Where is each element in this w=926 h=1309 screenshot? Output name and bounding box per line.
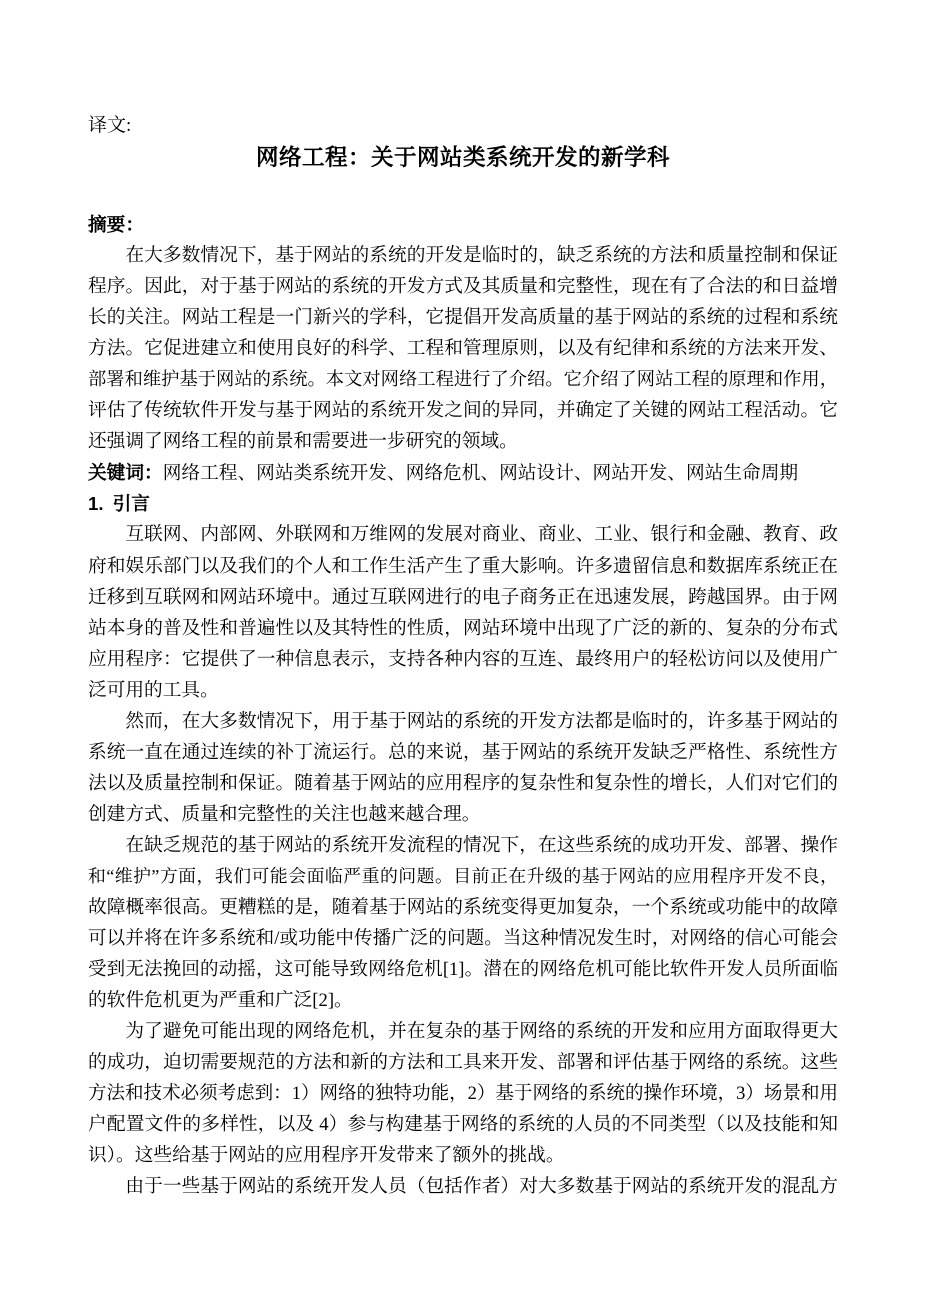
translation-label: 译文: <box>88 113 131 139</box>
body-text-line: 程序。因此，对于基于网站的系统的开发方式及其质量和完整性，现在有了合法的和日益增 <box>88 271 838 302</box>
body-text-line: 应用程序：它提供了一种信息表示，支持各种内容的互连、最终用户的轻松访问以及使用广 <box>88 644 838 675</box>
document-title: 网络工程：关于网站类系统开发的新学科 <box>0 143 926 172</box>
body-text-line: 故障概率很高。更糟糕的是，随着基于网站的系统变得更加复杂，一个系统或功能中的故障 <box>88 892 838 923</box>
numbered-section-heading: 1.引言 <box>88 488 838 519</box>
body-text-line: 创建方式、质量和完整性的关注也越来越合理。 <box>88 799 838 830</box>
document-page: 译文: 网络工程：关于网站类系统开发的新学科 摘要：在大多数情况下，基于网站的系… <box>0 0 926 1309</box>
document-body: 摘要：在大多数情况下，基于网站的系统的开发是临时的，缺乏系统的方法和质量控制和保… <box>88 209 838 1203</box>
body-text-line: 法以及质量控制和保证。随着基于网站的应用程序的复杂性和复杂性的增长，人们对它们的 <box>88 768 838 799</box>
body-text-line: 的成功，迫切需要规范的方法和新的方法和工具来开发、部署和评估基于网络的系统。这些 <box>88 1047 838 1078</box>
body-text-line: 可以并将在许多系统和/或功能中传播广泛的问题。当这种情况发生时，对网络的信心可能… <box>88 923 838 954</box>
body-text-line: 户配置文件的多样性，以及 4）参与构建基于网络的系统的人员的不同类型（以及技能和… <box>88 1109 838 1140</box>
body-text-line: 在缺乏规范的基于网站的系统开发流程的情况下，在这些系统的成功开发、部署、操作 <box>88 830 838 861</box>
body-text-line: 系统一直在通过连续的补丁流运行。总的来说，基于网站的系统开发缺乏严格性、系统性方 <box>88 737 838 768</box>
body-text-line: 站本身的普及性和普遍性以及其特性的性质，网站环境中出现了广泛的新的、复杂的分布式 <box>88 613 838 644</box>
body-text-line: 和“维护”方面，我们可能会面临严重的问题。目前正在升级的基于网站的应用程序开发不… <box>88 861 838 892</box>
body-text-line: 部署和维护基于网站的系统。本文对网络工程进行了介绍。它介绍了网站工程的原理和作用… <box>88 364 838 395</box>
section-heading: 摘要： <box>88 209 838 240</box>
body-text-line: 方法。它促进建立和使用良好的科学、工程和管理原则，以及有纪律和系统的方法来开发、 <box>88 333 838 364</box>
body-text-line: 识）。这些给基于网站的应用程序开发带来了额外的挑战。 <box>88 1140 838 1171</box>
keywords-line: 关键词：网络工程、网站类系统开发、网络危机、网站设计、网站开发、网站生命周期 <box>88 457 838 488</box>
section-number: 1. <box>88 493 104 514</box>
body-text-line: 为了避免可能出现的网络危机，并在复杂的基于网络的系统的开发和应用方面取得更大 <box>88 1016 838 1047</box>
body-text-line: 的软件危机更为严重和广泛[2]。 <box>88 985 838 1016</box>
body-text-line: 方法和技术必须考虑到：1）网络的独特功能，2）基于网络的系统的操作环境，3）场景… <box>88 1078 838 1109</box>
body-text-line: 长的关注。网站工程是一门新兴的学科，它提倡开发高质量的基于网站的系统的过程和系统 <box>88 302 838 333</box>
keywords-text: 网络工程、网站类系统开发、网络危机、网站设计、网站开发、网站生命周期 <box>163 463 798 484</box>
body-text-line: 在大多数情况下，基于网站的系统的开发是临时的，缺乏系统的方法和质量控制和保证 <box>88 240 838 271</box>
body-text-line: 互联网、内部网、外联网和万维网的发展对商业、商业、工业、银行和金融、教育、政 <box>88 519 838 550</box>
keywords-label: 关键词： <box>88 462 163 483</box>
body-text-line: 府和娱乐部门以及我们的个人和工作生活产生了重大影响。许多遗留信息和数据库系统正在 <box>88 551 838 582</box>
section-title: 引言 <box>113 493 150 514</box>
body-text-line: 由于一些基于网站的系统开发人员（包括作者）对大多数基于网站的系统开发的混乱方 <box>88 1171 838 1202</box>
body-text-line: 评估了传统软件开发与基于网站的系统开发之间的异同，并确定了关键的网站工程活动。它 <box>88 395 838 426</box>
body-text-line: 还强调了网络工程的前景和需要进一步研究的领域。 <box>88 426 838 457</box>
body-text-line: 迁移到互联网和网站环境中。通过互联网进行的电子商务正在迅速发展，跨越国界。由于网 <box>88 582 838 613</box>
body-text-line: 泛可用的工具。 <box>88 675 838 706</box>
body-text-line: 然而，在大多数情况下，用于基于网站的系统的开发方法都是临时的，许多基于网站的 <box>88 706 838 737</box>
body-text-line: 受到无法挽回的动摇，这可能导致网络危机[1]。潜在的网络危机可能比软件开发人员所… <box>88 954 838 985</box>
